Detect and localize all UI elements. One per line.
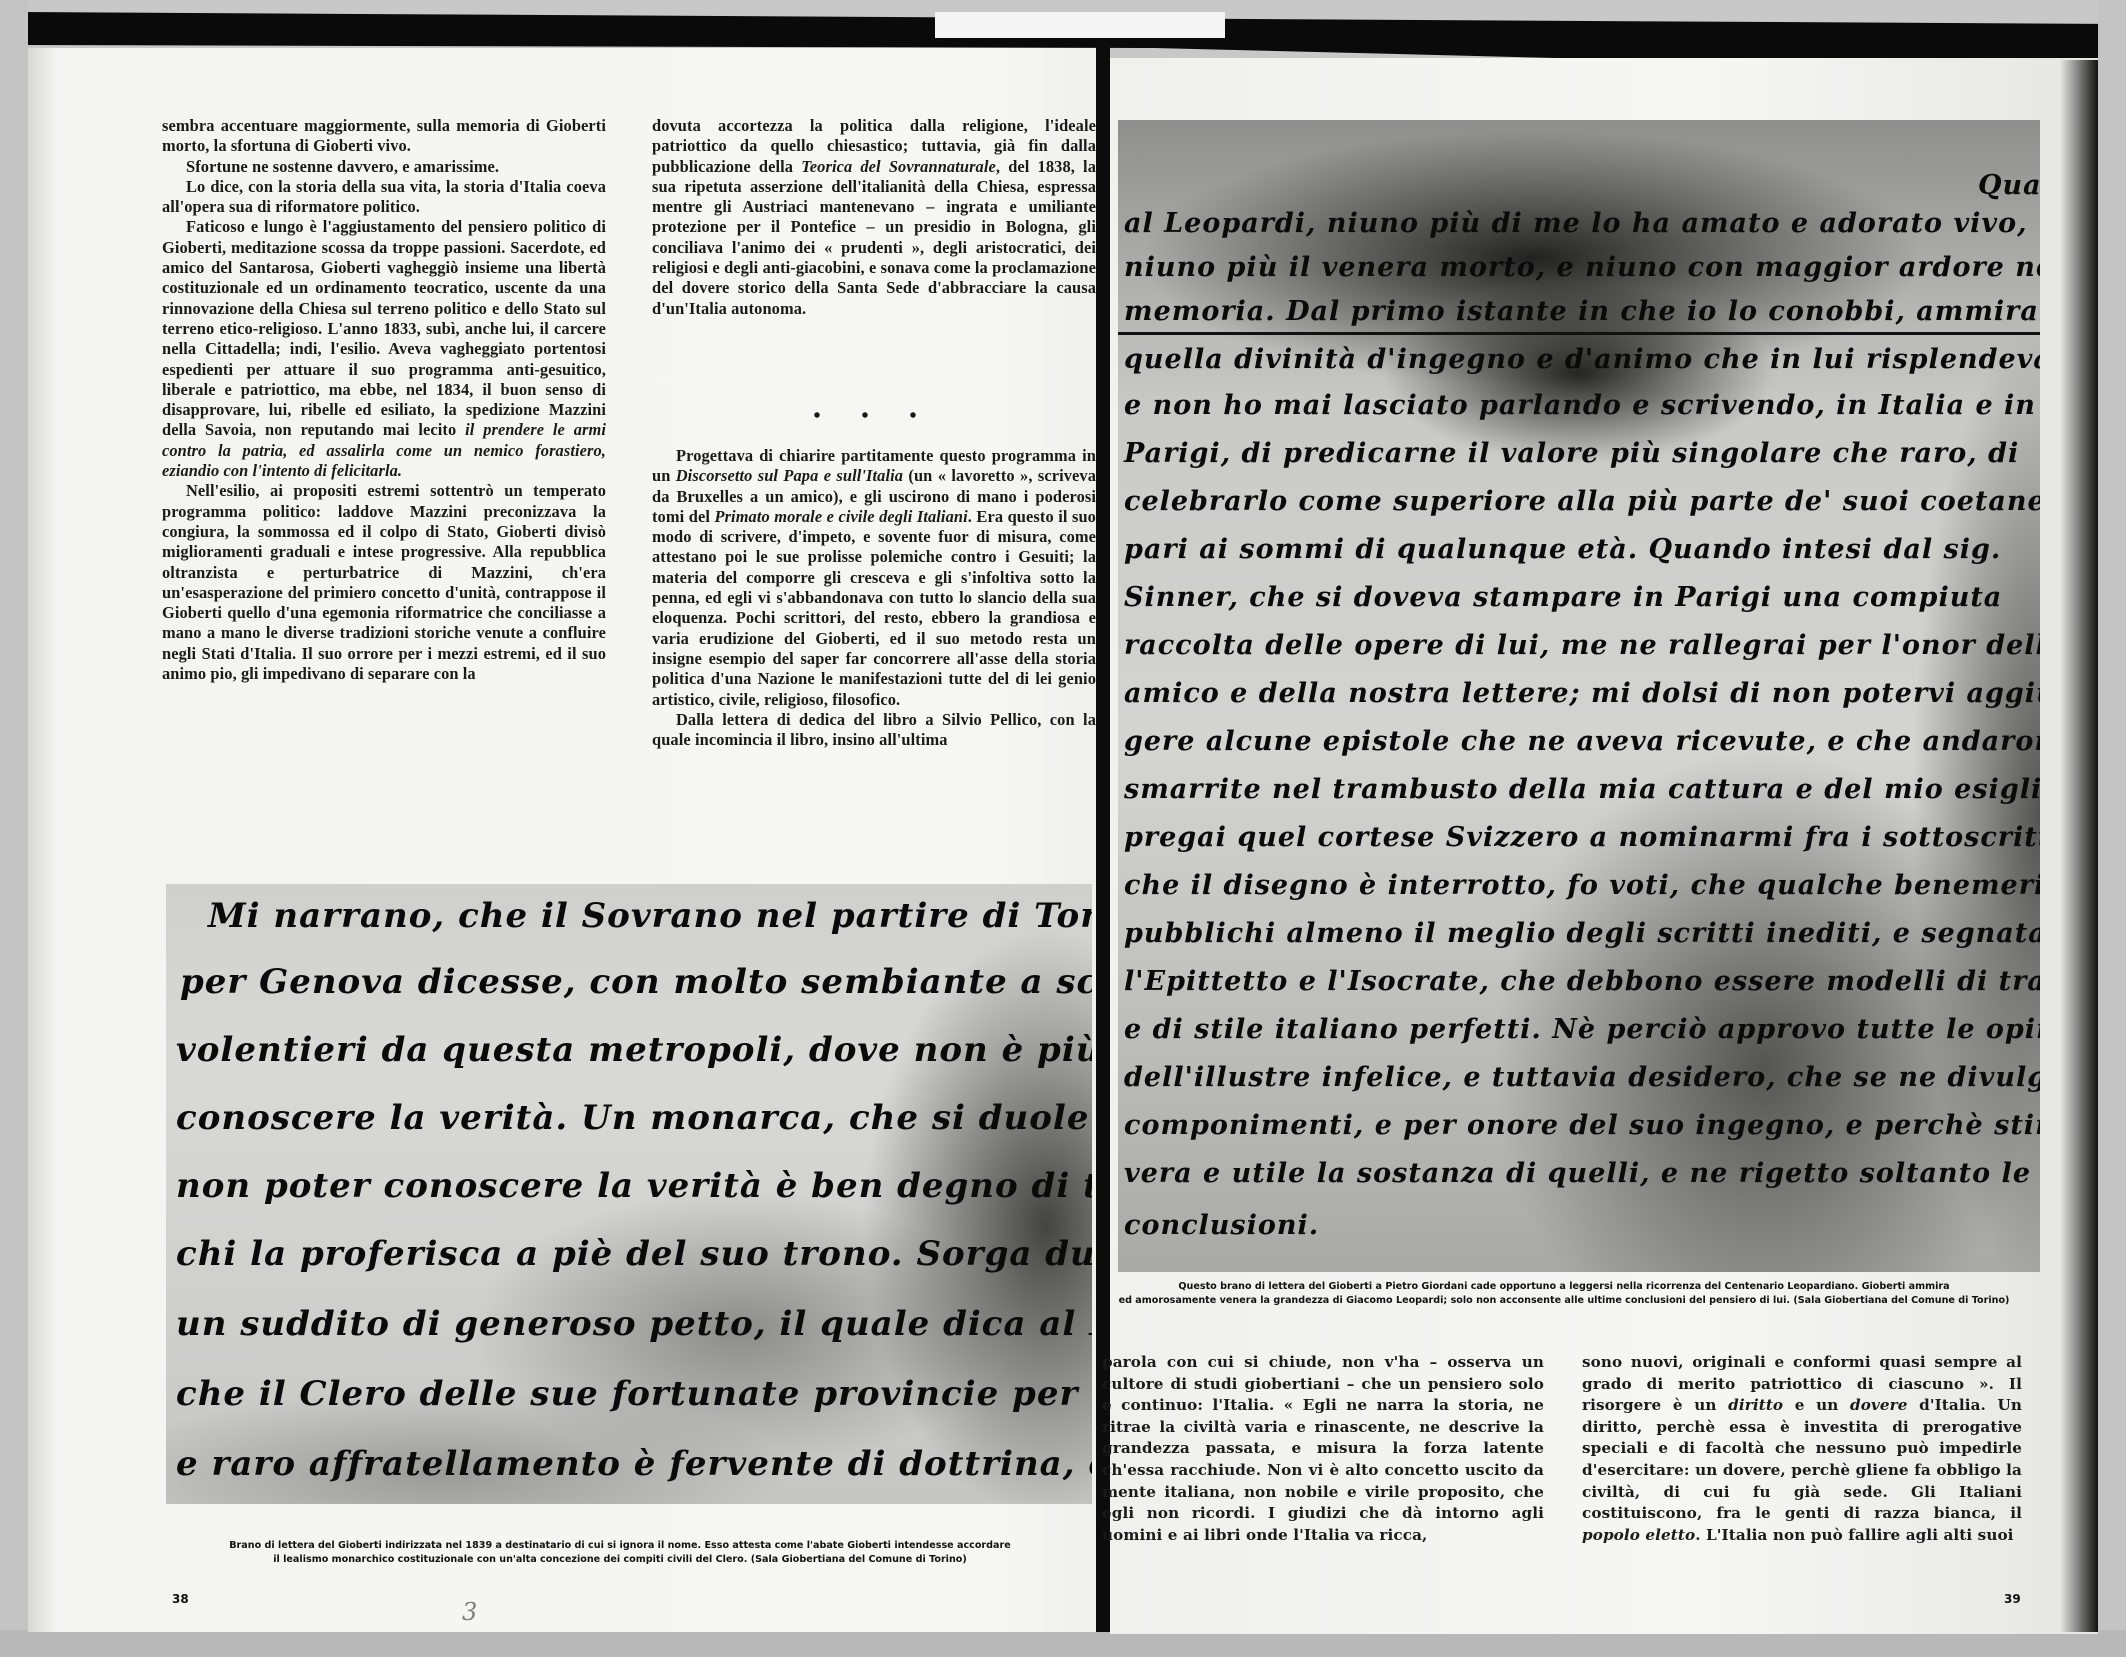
paragraph: Progettava di chiarire partitamente ques…: [652, 446, 1096, 710]
manuscript-line: niuno più il venera morto, e niuno con m…: [1124, 252, 2040, 283]
emphasis: diritto: [1728, 1396, 1783, 1414]
manuscript-line: pari ai sommi di qualunque età. Quando i…: [1124, 534, 2001, 565]
manuscript-line: conclusioni.: [1124, 1210, 1319, 1241]
manuscript-line: non poter conoscere la verità è ben degn…: [176, 1166, 1092, 1206]
paragraph: Lo dice, con la storia della sua vita, l…: [162, 177, 606, 218]
paragraph-text: . L'Italia non può fallire agli alti suo…: [1695, 1526, 2013, 1544]
scan-left-frame: [0, 0, 28, 1657]
paragraph-text: . Era questo il suo modo di scrivere, d'…: [652, 507, 1096, 709]
manuscript-line: pregai quel cortese Svizzero a nominarmi…: [1124, 822, 2040, 853]
manuscript-line: al Leopardi, niuno più di me lo ha amato…: [1124, 208, 2028, 239]
left-page-column-2: dovuta accortezza la politica dalla reli…: [652, 116, 1096, 319]
paragraph: sembra accentuare maggiormente, sulla me…: [162, 116, 606, 157]
paragraph: sono nuovi, originali e conformi quasi s…: [1582, 1352, 2022, 1546]
manuscript-line: l'Epittetto e l'Isocrate, che debbono es…: [1124, 966, 2040, 997]
manuscript-line: componimenti, e per onore del suo ingegn…: [1124, 1110, 2040, 1141]
left-photo-caption: Brano di lettera del Gioberti indirizzat…: [170, 1539, 1070, 1567]
section-separator: • • •: [652, 405, 1096, 428]
emphasis: dovere: [1850, 1396, 1908, 1414]
paragraph: Nell'esilio, ai propositi estremi sotten…: [162, 481, 606, 684]
scan-bottom-frame: [0, 1630, 2126, 1657]
manuscript-line: per Genova dicesse, con molto sembiante …: [180, 962, 1092, 1002]
paragraph-text: d'Italia. Un diritto, perchè essa è inve…: [1582, 1396, 2022, 1522]
manuscript-line: e non ho mai lasciato parlando e scriven…: [1124, 390, 2036, 421]
manuscript-line: amico e della nostra lettere; mi dolsi d…: [1124, 678, 2040, 709]
handwritten-mark: 3: [462, 1598, 477, 1626]
manuscript-line: che il disegno è interrotto, fo voti, ch…: [1124, 870, 2040, 901]
manuscript-line: celebrarlo come superiore alla più parte…: [1124, 486, 2040, 517]
manuscript-photo-right: Quanto al Leopardi, niuno più di me lo h…: [1118, 120, 2040, 1272]
manuscript-line: Quanto: [1978, 170, 2040, 201]
manuscript-photo-left: Mi narrano, che il Sovrano nel partire d…: [166, 884, 1092, 1504]
manuscript-line: smarrite nel trambusto della mia cattura…: [1124, 774, 2040, 805]
left-page-column-2-continued: Progettava di chiarire partitamente ques…: [652, 446, 1096, 750]
manuscript-line: volentieri da questa metropoli, dove non…: [176, 1030, 1092, 1070]
caption-line: il lealismo monarchico costituzionale co…: [170, 1553, 1070, 1567]
caption-line: Questo brano di lettera del Gioberti a P…: [1104, 1280, 2024, 1294]
scan-right-frame: [2098, 0, 2126, 1657]
paragraph-text: Faticoso e lungo è l'aggiustamento del p…: [162, 217, 606, 439]
paragraph-text: , del 1838, la sua ripetuta asserzione d…: [652, 157, 1096, 318]
manuscript-line: dell'illustre infelice, e tuttavia desid…: [1124, 1062, 2040, 1093]
manuscript-line: Parigi, di predicarne il valore più sing…: [1124, 438, 2019, 469]
paragraph: Faticoso e lungo è l'aggiustamento del p…: [162, 217, 606, 481]
caption-line: Brano di lettera del Gioberti indirizzat…: [170, 1539, 1070, 1553]
page-number-left: 38: [172, 1592, 189, 1606]
page-number-right: 39: [2004, 1592, 2021, 1606]
right-page-column-2: sono nuovi, originali e conformi quasi s…: [1582, 1352, 2022, 1546]
manuscript-line: pubblichi almeno il meglio degli scritti…: [1124, 918, 2040, 949]
book-title: Discorsetto sul Papa e sull'Italia: [676, 466, 903, 485]
manuscript-line: vera e utile la sostanza di quelli, e ne…: [1124, 1158, 2040, 1189]
manuscript-line: Sinner, che si doveva stampare in Parigi…: [1124, 582, 2002, 613]
book-title: Primato morale e civile degli Italiani: [714, 507, 967, 526]
manuscript-crease: [1118, 332, 2040, 335]
manuscript-line: raccolta delle opere di lui, me ne ralle…: [1124, 630, 2040, 661]
right-page-edge-shadow: [2060, 60, 2098, 1632]
manuscript-line: Mi narrano, che il Sovrano nel partire d…: [208, 896, 1092, 936]
manuscript-line: un suddito di generoso petto, il quale d…: [176, 1304, 1092, 1344]
right-photo-caption: Questo brano di lettera del Gioberti a P…: [1104, 1280, 2024, 1308]
manuscript-line: e raro affratellamento è fervente di dot…: [176, 1444, 1092, 1484]
caption-line: ed amorosamente venera la grandezza di G…: [1104, 1294, 2024, 1308]
manuscript-line: chi la proferisca a piè del suo trono. S…: [176, 1234, 1092, 1274]
right-page-column-1: parola con cui si chiude, non v'ha – oss…: [1102, 1352, 1544, 1546]
paragraph: Sfortune ne sostenne davvero, e amarissi…: [162, 157, 606, 177]
manuscript-line: quella divinità d'ingegno e d'animo che …: [1124, 344, 2040, 375]
manuscript-line: conoscere la verità. Un monarca, che si …: [176, 1098, 1092, 1138]
manuscript-line: memoria. Dal primo istante in che io lo …: [1124, 296, 2040, 327]
scan-top-tab: [935, 12, 1225, 38]
emphasis: popolo eletto: [1582, 1526, 1695, 1544]
manuscript-line: che il Clero delle sue fortunate provinc…: [176, 1374, 1092, 1414]
left-page-column-1: sembra accentuare maggiormente, sulla me…: [162, 116, 606, 684]
manuscript-line: gere alcune epistole che ne aveva ricevu…: [1124, 726, 2040, 757]
manuscript-line: e di stile italiano perfetti. Nè perciò …: [1124, 1014, 2040, 1045]
paragraph: parola con cui si chiude, non v'ha – oss…: [1102, 1352, 1544, 1546]
book-title: Teorica del Sovrannaturale: [801, 157, 996, 176]
paragraph-text: e un: [1783, 1396, 1850, 1414]
paragraph: dovuta accortezza la politica dalla reli…: [652, 116, 1096, 319]
paragraph: Dalla lettera di dedica del libro a Silv…: [652, 710, 1096, 751]
